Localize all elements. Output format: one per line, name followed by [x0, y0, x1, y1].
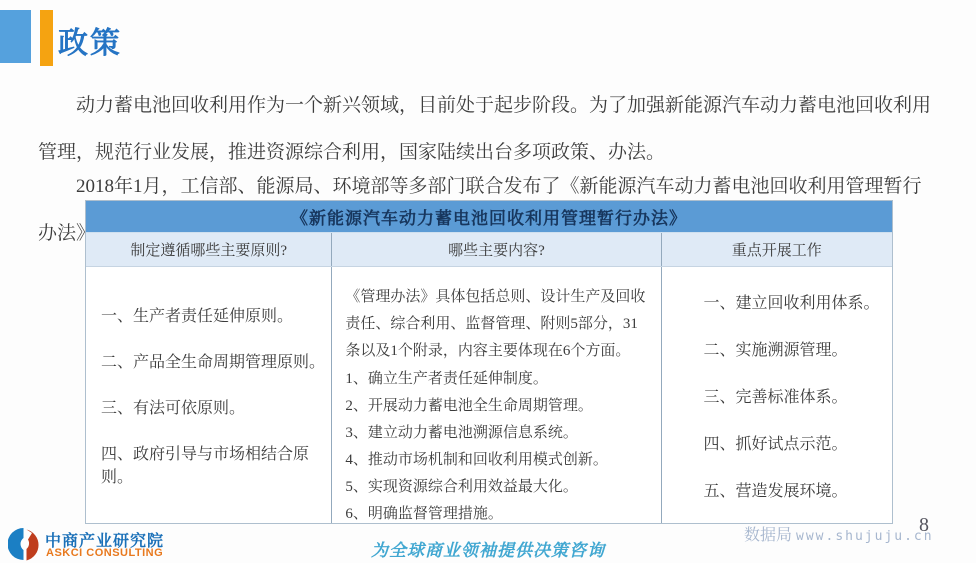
contents-cell: 《管理办法》具体包括总则、设计生产及回收责任、综合利用、监督管理、附则5部分，3… [332, 267, 661, 523]
page-number: 8 [919, 514, 929, 537]
table-cell-item: 一、建立回收利用体系。 [704, 290, 892, 313]
table-cell-item: 三、有法可依原则。 [101, 395, 331, 418]
title-accent-square [0, 10, 31, 63]
page-title: 政策 [58, 18, 122, 62]
table-cell-item: 1、确立生产者责任延伸制度。 [345, 366, 649, 393]
table-column-headers: 制定遵循哪些主要原则? 哪些主要内容? 重点开展工作 [86, 233, 892, 267]
watermark-url: www.shujuju.cn [796, 529, 934, 544]
table-cell-item: 二、产品全生命周期管理原则。 [101, 349, 331, 372]
table-cell-item: 4、推动市场机制和回收利用模式创新。 [345, 447, 649, 474]
slide-background: 政策 动力蓄电池回收利用作为一个新兴领域，目前处于起步阶段。为了加强新能源汽车动… [0, 0, 976, 563]
policy-table: 《新能源汽车动力蓄电池回收利用管理暂行办法》 制定遵循哪些主要原则? 哪些主要内… [85, 200, 893, 524]
table-title: 《新能源汽车动力蓄电池回收利用管理暂行办法》 [86, 201, 892, 233]
table-cell-item: 三、完善标准体系。 [704, 384, 892, 407]
table-body: 一、生产者责任延伸原则。 二、产品全生命周期管理原则。 三、有法可依原则。 四、… [86, 267, 892, 523]
watermark-label: 数据局 [744, 527, 792, 544]
column-header-contents: 哪些主要内容? [332, 233, 661, 266]
column-header-key-work: 重点开展工作 [662, 233, 892, 266]
key-work-cell: 一、建立回收利用体系。 二、实施溯源管理。 三、完善标准体系。 四、抓好试点示范… [662, 267, 892, 523]
table-cell-item: 5、实现资源综合利用效益最大化。 [345, 474, 649, 501]
contents-intro: 《管理办法》具体包括总则、设计生产及回收责任、综合利用、监督管理、附则5部分，3… [345, 284, 649, 365]
principles-cell: 一、生产者责任延伸原则。 二、产品全生命周期管理原则。 三、有法可依原则。 四、… [86, 267, 332, 523]
table-cell-item: 四、抓好试点示范。 [704, 431, 892, 454]
table-cell-item: 6、明确监督管理措施。 [345, 501, 649, 528]
intro-paragraph: 动力蓄电池回收利用作为一个新兴领域，目前处于起步阶段。为了加强新能源汽车动力蓄电… [38, 82, 938, 176]
table-cell-item: 五、营造发展环境。 [704, 478, 892, 501]
table-cell-item: 2、开展动力蓄电池全生命周期管理。 [345, 393, 649, 420]
table-cell-item: 四、政府引导与市场相结合原则。 [101, 441, 331, 487]
watermark: 数据局 www.shujuju.cn [744, 522, 934, 545]
table-cell-item: 3、建立动力蓄电池溯源信息系统。 [345, 420, 649, 447]
table-cell-item: 二、实施溯源管理。 [704, 337, 892, 360]
title-accent-bar [40, 10, 53, 66]
table-cell-item: 一、生产者责任延伸原则。 [101, 303, 331, 326]
column-header-principles: 制定遵循哪些主要原则? [86, 233, 332, 266]
